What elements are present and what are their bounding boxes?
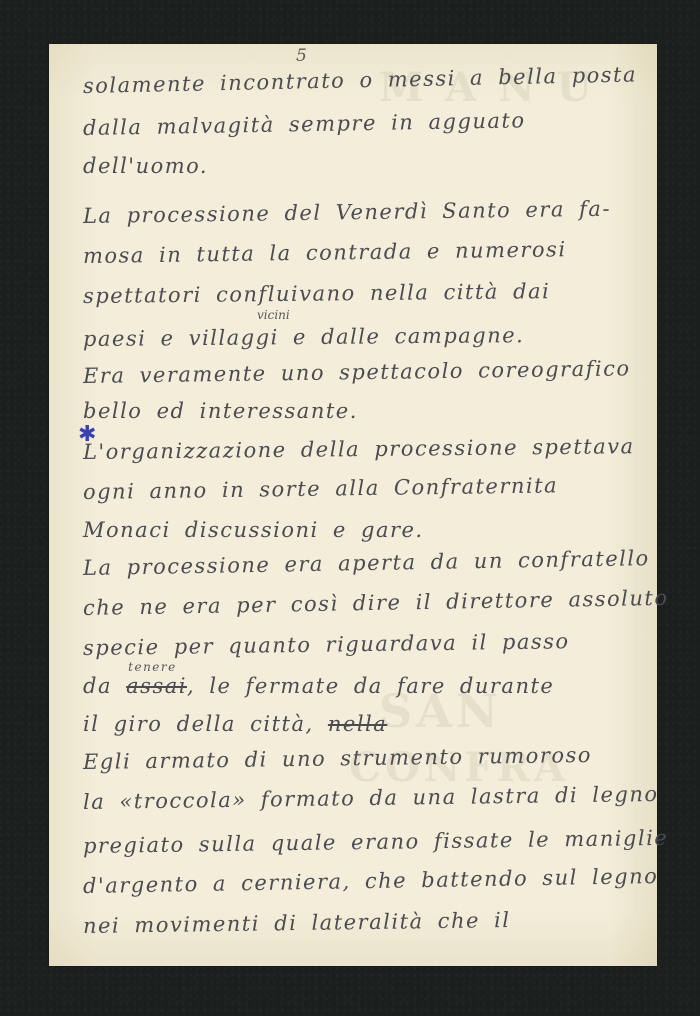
text-line: specie per quanto riguardava il passo bbox=[83, 629, 570, 660]
text-line: d'argento a cerniera, che battendo sul l… bbox=[83, 864, 659, 898]
text-line: il giro della città, nella bbox=[83, 712, 387, 736]
text-line: La processione era aperta da un confrate… bbox=[83, 546, 650, 580]
line-rest: , le fermate da fare durante bbox=[187, 674, 554, 698]
text-line: ogni anno in sorte alla Confraternita bbox=[83, 473, 558, 504]
text-line: la «troccola» formato da una lastra di l… bbox=[83, 782, 659, 814]
insertion-note: tenere bbox=[128, 660, 177, 674]
text-line: spettatori confluivano nella città dai bbox=[83, 279, 550, 308]
line-start: da bbox=[83, 674, 112, 698]
insertion-note: vicini bbox=[257, 308, 290, 322]
struck-word: assai bbox=[126, 674, 187, 698]
manuscript-page: M A N U SAN CONFRA 5 solamente incontrat… bbox=[49, 44, 657, 966]
line-start: il giro della città, bbox=[83, 712, 314, 736]
text-line: Era veramente uno spettacolo coreografic… bbox=[83, 356, 631, 388]
text-line: paesi e villaggi e dalle campagne. bbox=[83, 323, 525, 351]
text-line: L'organizzazione della processione spett… bbox=[83, 434, 635, 464]
text-line: La processione del Venerdì Santo era fa- bbox=[83, 197, 611, 228]
text-line: pregiato sulla quale erano fissate le ma… bbox=[83, 826, 669, 858]
page-number: 5 bbox=[296, 46, 307, 66]
text-line: bello ed interessante. bbox=[83, 399, 358, 423]
text-line: dell'uomo. bbox=[83, 154, 208, 178]
struck-word: nella bbox=[328, 712, 387, 736]
text-line: mosa in tutta la contrada e numerosi bbox=[83, 237, 567, 268]
text-line: Monaci discussioni e gare. bbox=[83, 518, 424, 542]
text-line: nei movimenti di lateralità che il bbox=[83, 908, 511, 938]
text-line: dalla malvagità sempre in agguato bbox=[83, 108, 526, 140]
text-line: che ne era per così dire il direttore as… bbox=[83, 586, 669, 620]
text-line: da tenere assai , le fermate da fare dur… bbox=[83, 674, 554, 698]
